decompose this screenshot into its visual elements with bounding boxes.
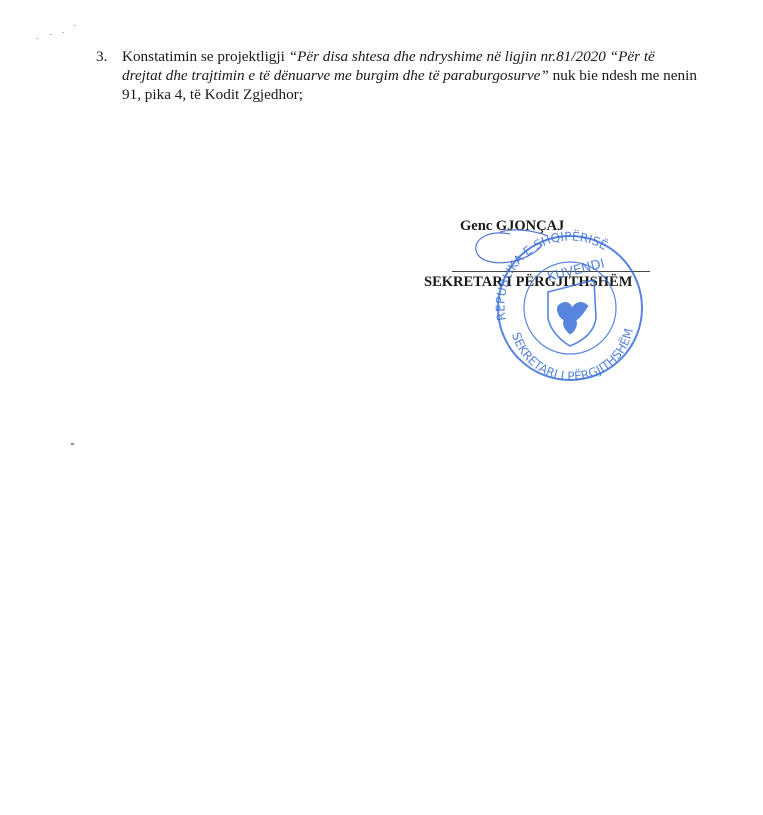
list-item-text-prefix: Konstatimin se projektligji — [122, 48, 289, 65]
scan-speck — [36, 38, 38, 39]
signer-title: SEKRETAR I PËRGJITHSHËM — [424, 274, 632, 291]
signature-line — [452, 271, 650, 272]
scan-speck — [50, 34, 52, 35]
scan-speck — [71, 443, 74, 445]
list-item-number: 3. — [96, 47, 107, 66]
stamp-bottom-text: SEKRETARI I PËRGJITHSHËM — [509, 327, 636, 382]
document-page: 3. Konstatimin se projektligji “Për disa… — [0, 0, 763, 815]
list-item-text: Konstatimin se projektligji “Për disa sh… — [122, 47, 697, 104]
signer-name: Genc GJONÇAJ — [460, 218, 564, 235]
official-stamp-icon: REPUBLIKA E SHQIPËRISË SEKRETARI I PËRGJ… — [484, 222, 654, 382]
scan-speck — [74, 25, 76, 26]
scan-speck — [62, 32, 64, 33]
